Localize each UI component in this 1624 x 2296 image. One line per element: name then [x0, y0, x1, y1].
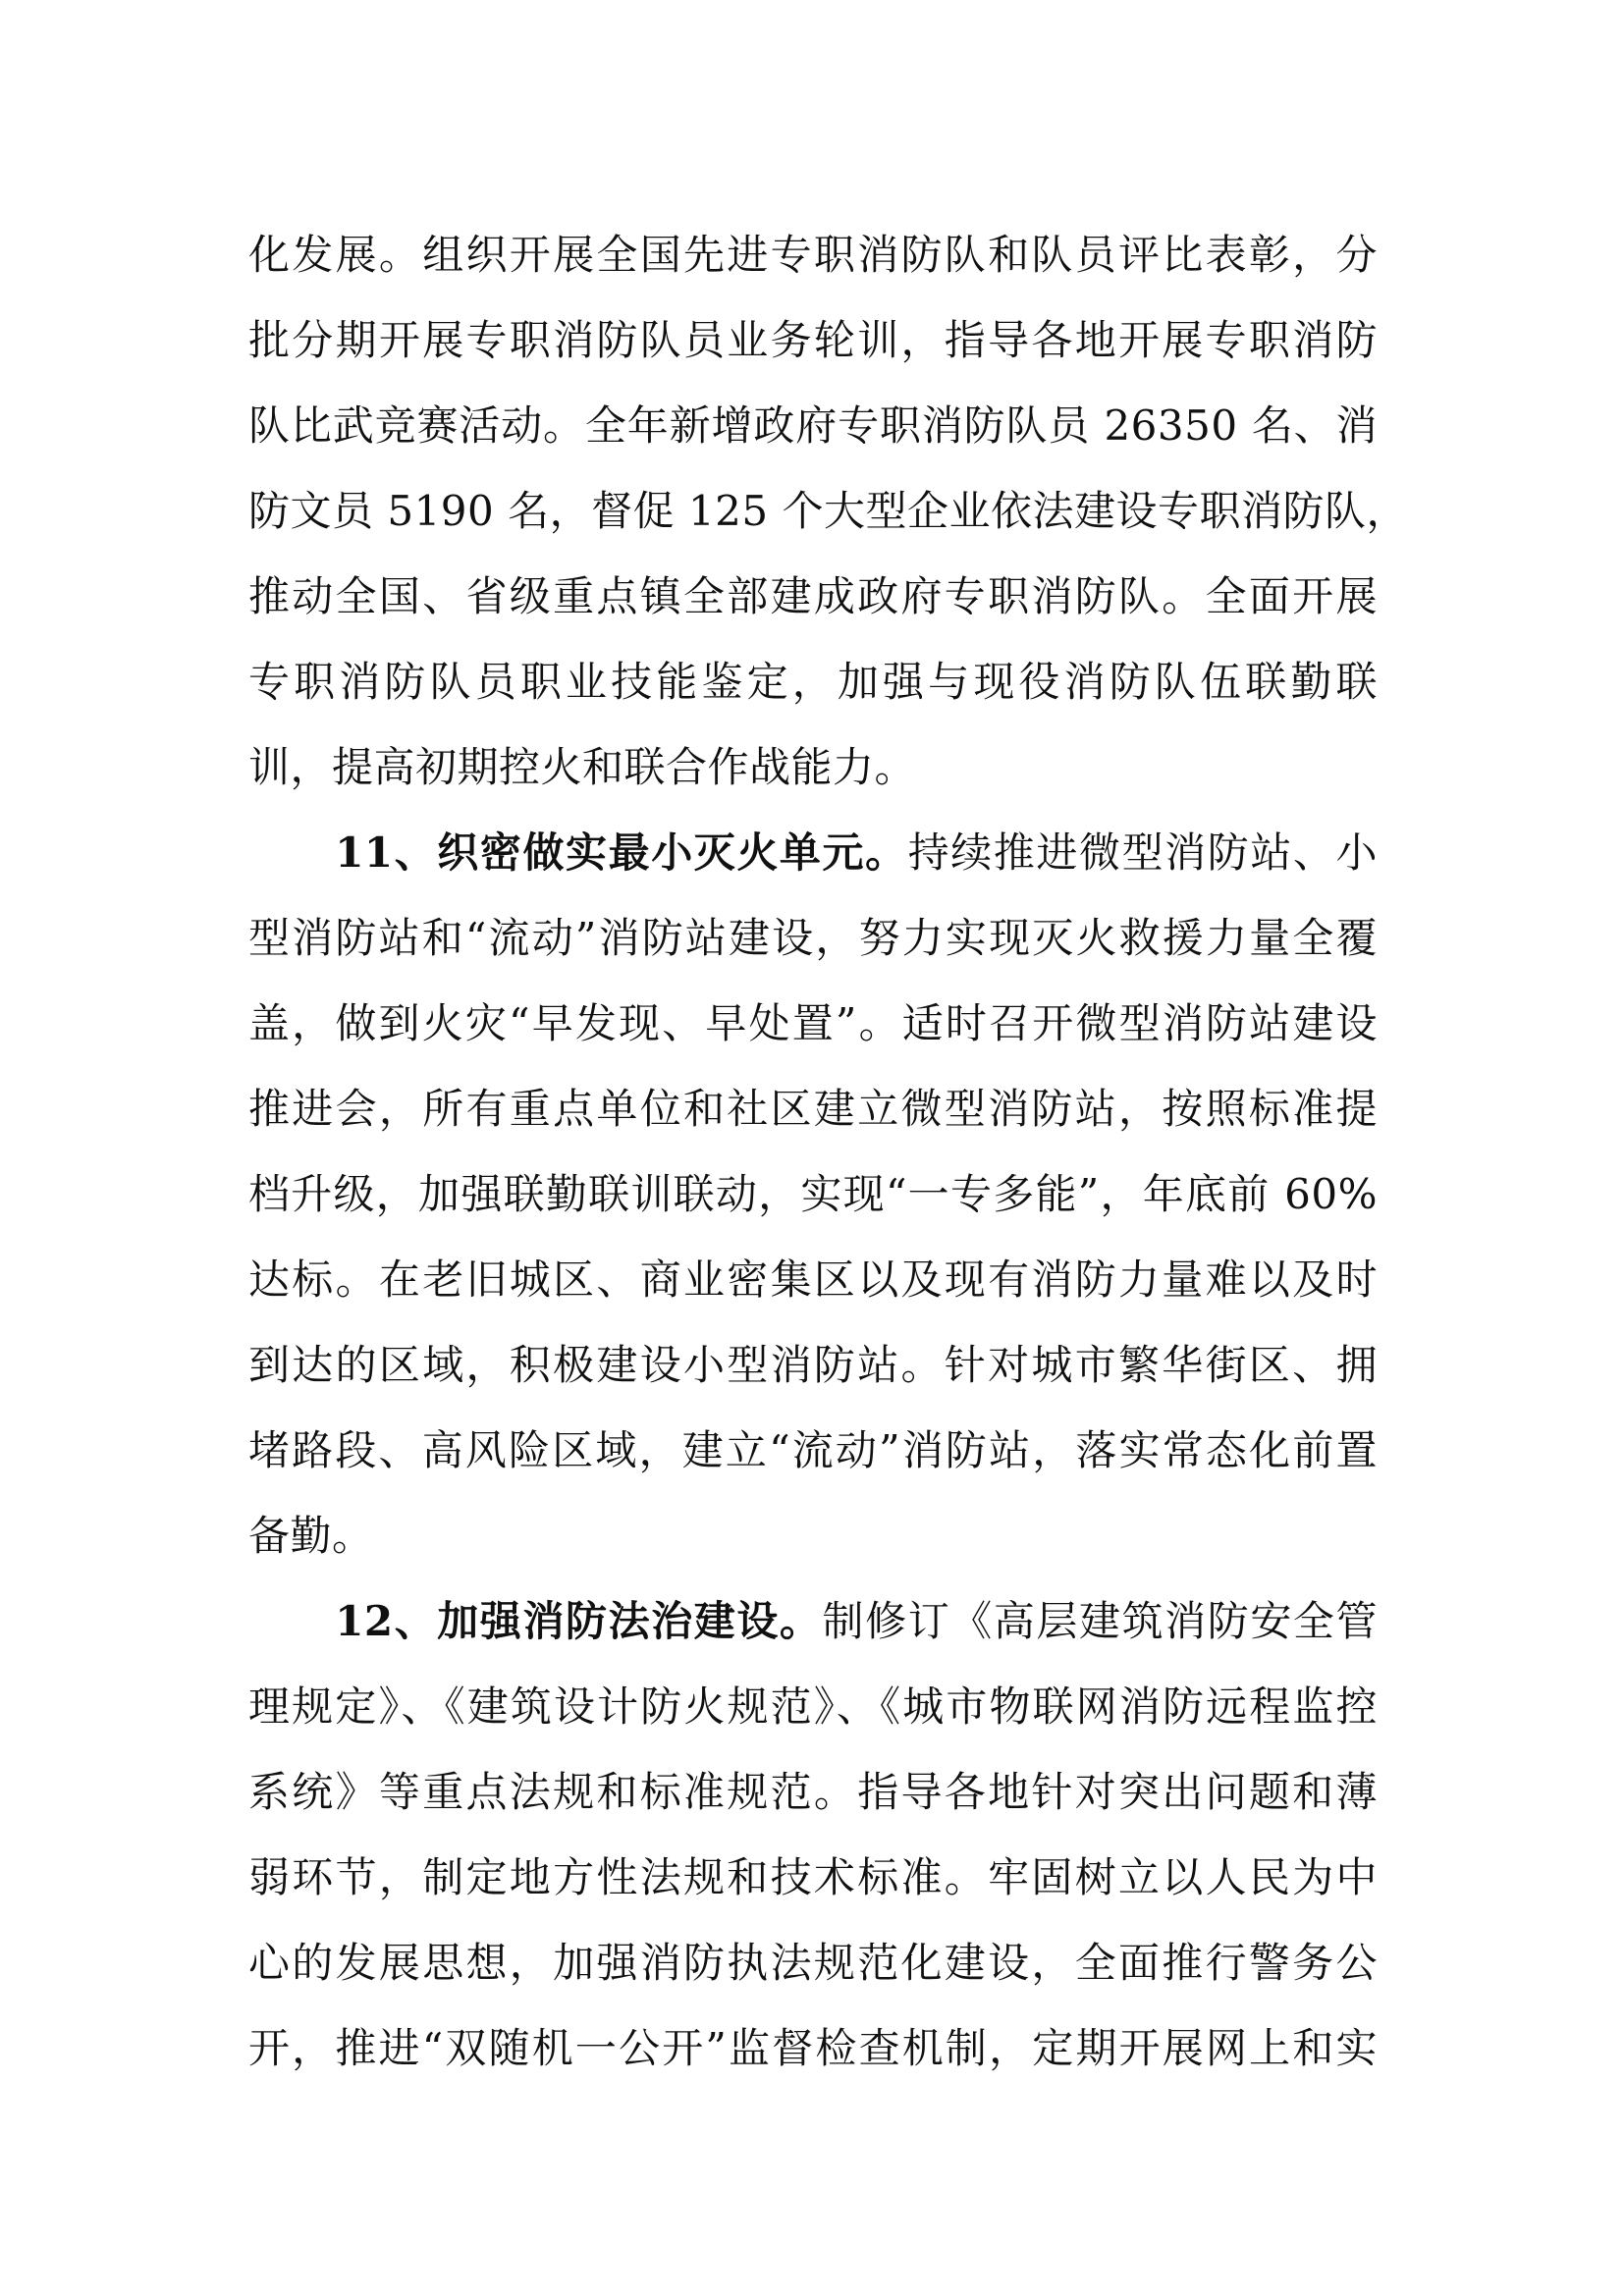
text-line: 备勤。 [248, 1493, 1378, 1578]
line-text: 训，提高初期控火和联合作战能力。 [248, 743, 916, 791]
text-line: 12、加强消防法治建设。制修订《高层建筑消防安全管 [248, 1578, 1378, 1664]
line-text: 理规定》、《建筑设计防火规范》、《城市物联网消防远程监控 [248, 1682, 1378, 1731]
line-text: 队比武竞赛活动。全年新增政府专职消防队员 26350 名、消 [248, 401, 1378, 450]
page-text-block: 化发展。组织开展全国先进专职消防队和队员评比表彰，分批分期开展专职消防队员业务轮… [248, 212, 1378, 2091]
line-text: 推进会，所有重点单位和社区建立微型消防站，按照标准提 [248, 1085, 1378, 1133]
line-text: 档升级，加强联勤联训联动，实现“一专多能”，年底前 60% [248, 1170, 1378, 1218]
line-text: 备勤。 [248, 1512, 374, 1560]
text-line: 化发展。组织开展全国先进专职消防队和队员评比表彰，分 [248, 212, 1378, 297]
text-line: 心的发展思想，加强消防执法规范化建设，全面推行警务公 [248, 1920, 1378, 2005]
paragraph-heading: 12、加强消防法治建设。 [335, 1597, 822, 1645]
text-line: 推进会，所有重点单位和社区建立微型消防站，按照标准提 [248, 1066, 1378, 1151]
text-line: 队比武竞赛活动。全年新增政府专职消防队员 26350 名、消 [248, 383, 1378, 468]
document-page: 化发展。组织开展全国先进专职消防队和队员评比表彰，分批分期开展专职消防队员业务轮… [0, 0, 1624, 2296]
text-line: 11、织密做实最小灭火单元。持续推进微型消防站、小 [248, 810, 1378, 895]
line-text: 专职消防队员职业技能鉴定，加强与现役消防队伍联勤联 [248, 658, 1378, 706]
text-line: 型消防站和“流动”消防站建设，努力实现灭火救援力量全覆 [248, 895, 1378, 981]
line-text: 制修订《高层建筑消防安全管 [823, 1597, 1378, 1645]
line-text: 型消防站和“流动”消防站建设，努力实现灭火救援力量全覆 [248, 914, 1378, 962]
text-line: 专职消防队员职业技能鉴定，加强与现役消防队伍联勤联 [248, 639, 1378, 724]
line-text: 开，推进“双随机一公开”监督检查机制，定期开展网上和实 [248, 2024, 1378, 2072]
line-text: 系统》等重点法规和标准规范。指导各地针对突出问题和薄 [248, 1768, 1378, 1816]
text-line: 弱环节，制定地方性法规和技术标准。牢固树立以人民为中 [248, 1835, 1378, 1920]
line-text: 批分期开展专职消防队员业务轮训，指导各地开展专职消防 [248, 316, 1378, 364]
line-text: 到达的区域，积极建设小型消防站。针对城市繁华街区、拥 [248, 1341, 1378, 1389]
text-line: 到达的区域，积极建设小型消防站。针对城市繁华街区、拥 [248, 1322, 1378, 1408]
line-text: 推动全国、省级重点镇全部建成政府专职消防队。全面开展 [248, 572, 1378, 620]
text-line: 防文员 5190 名，督促 125 个大型企业依法建设专职消防队， [248, 468, 1378, 554]
line-text: 达标。在老旧城区、商业密集区以及现有消防力量难以及时 [248, 1255, 1378, 1304]
line-text: 防文员 5190 名，督促 125 个大型企业依法建设专职消防队， [248, 487, 1378, 535]
line-text: 心的发展思想，加强消防执法规范化建设，全面推行警务公 [248, 1939, 1378, 1987]
text-line: 开，推进“双随机一公开”监督检查机制，定期开展网上和实 [248, 2005, 1378, 2091]
text-line: 训，提高初期控火和联合作战能力。 [248, 724, 1378, 810]
text-line: 达标。在老旧城区、商业密集区以及现有消防力量难以及时 [248, 1237, 1378, 1322]
line-text: 化发展。组织开展全国先进专职消防队和队员评比表彰，分 [248, 231, 1378, 279]
line-text: 堵路段、高风险区域，建立“流动”消防站，落实常态化前置 [248, 1426, 1378, 1474]
line-text: 盖，做到火灾“早发现、早处置”。适时召开微型消防站建设 [248, 999, 1378, 1047]
text-line: 系统》等重点法规和标准规范。指导各地针对突出问题和薄 [248, 1749, 1378, 1835]
line-text: 弱环节，制定地方性法规和技术标准。牢固树立以人民为中 [248, 1853, 1378, 1901]
text-line: 堵路段、高风险区域，建立“流动”消防站，落实常态化前置 [248, 1408, 1378, 1493]
text-line: 盖，做到火灾“早发现、早处置”。适时召开微型消防站建设 [248, 981, 1378, 1066]
text-line: 批分期开展专职消防队员业务轮训，指导各地开展专职消防 [248, 297, 1378, 383]
line-text: 持续推进微型消防站、小 [908, 828, 1378, 877]
paragraph-heading: 11、织密做实最小灭火单元。 [335, 828, 908, 877]
text-line: 推动全国、省级重点镇全部建成政府专职消防队。全面开展 [248, 554, 1378, 639]
text-line: 理规定》、《建筑设计防火规范》、《城市物联网消防远程监控 [248, 1664, 1378, 1749]
text-line: 档升级，加强联勤联训联动，实现“一专多能”，年底前 60% [248, 1151, 1378, 1237]
